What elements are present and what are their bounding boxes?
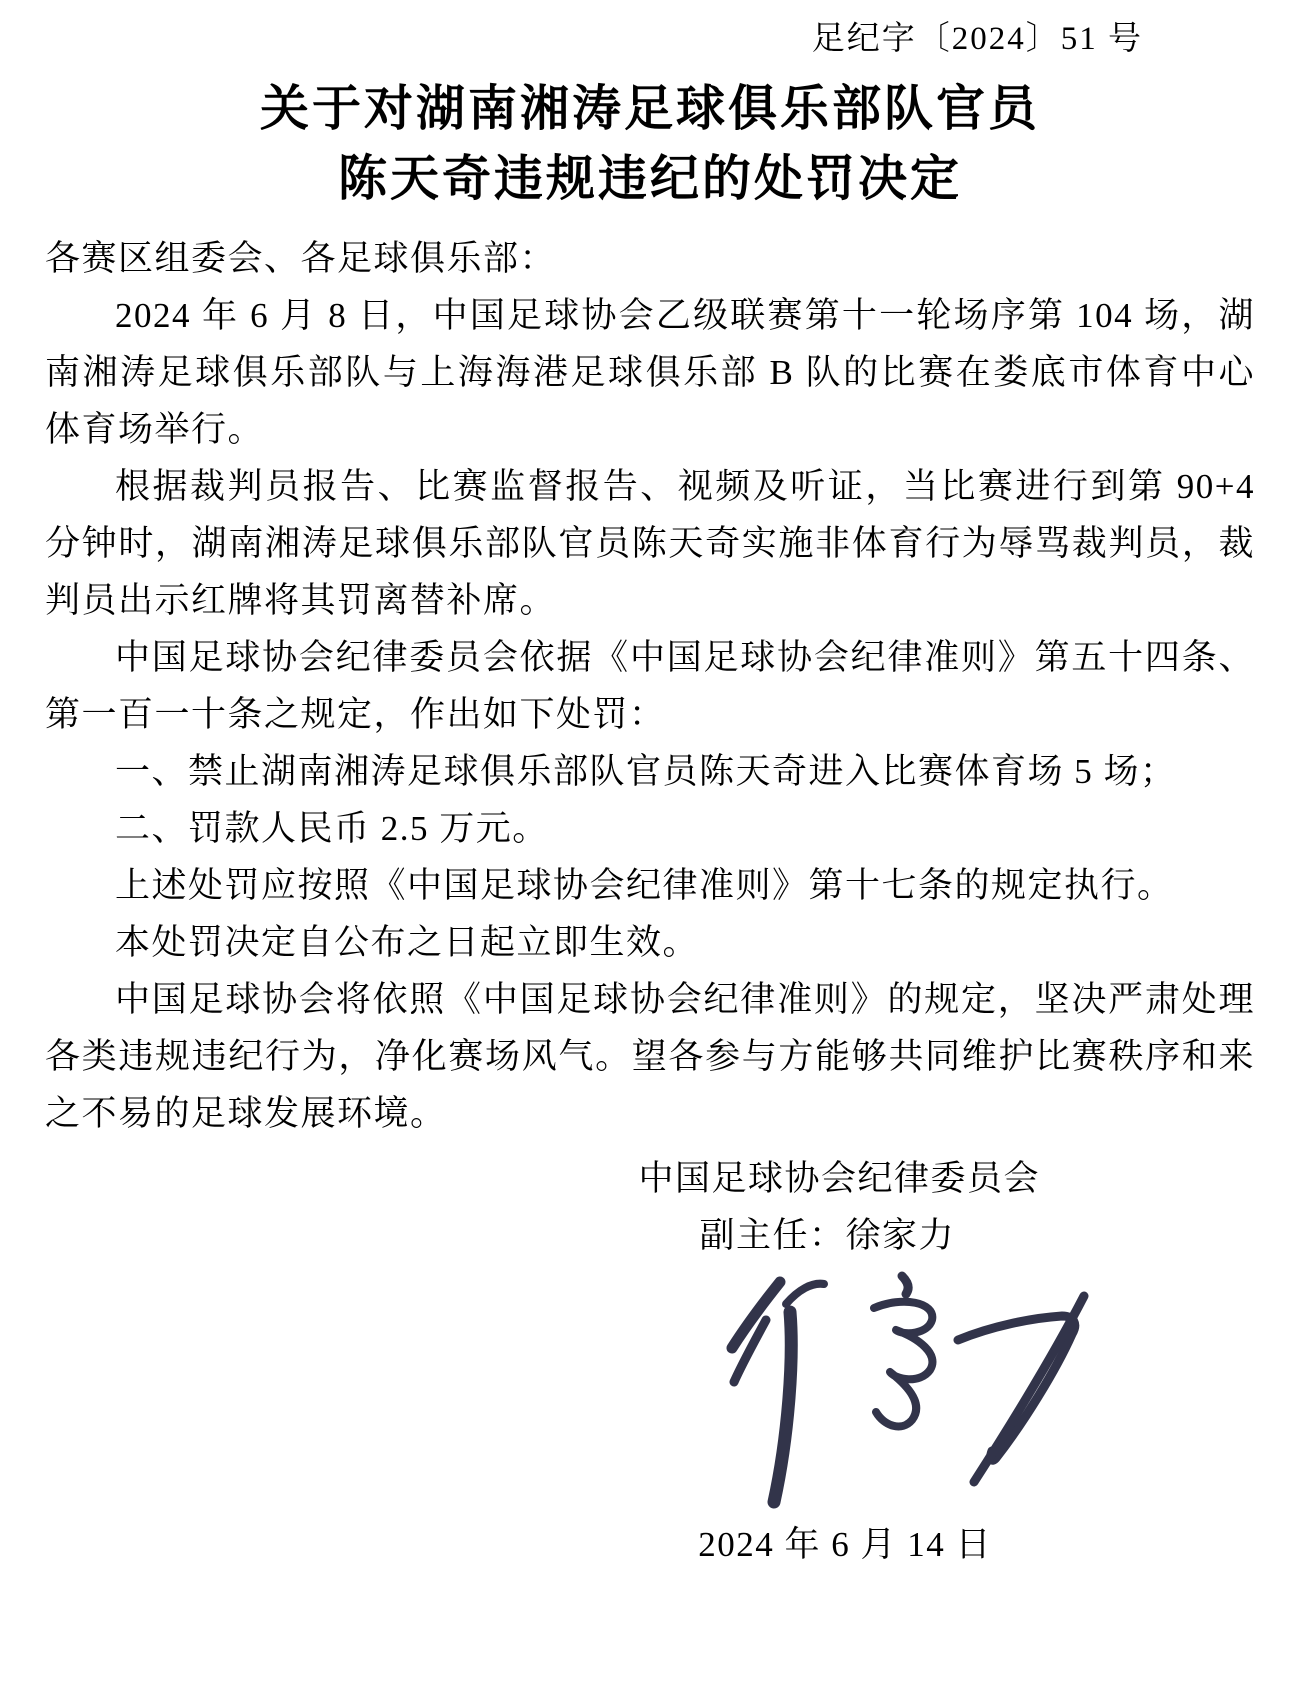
paragraph-6: 上述处罚应按照《中国足球协会纪律准则》第十七条的规定执行。 bbox=[45, 857, 1255, 914]
paragraph-2: 根据裁判员报告、比赛监督报告、视频及听证，当比赛进行到第 90+4 分钟时，湖南… bbox=[45, 458, 1255, 629]
closing-signer-title: 副主任：徐家力 bbox=[45, 1207, 1255, 1264]
doc-number: 足纪字〔2024〕51 号 bbox=[45, 16, 1255, 62]
paragraph-8: 中国足球协会将依照《中国足球协会纪律准则》的规定，坚决严肃处理各类违规违纪行为，… bbox=[45, 971, 1255, 1142]
paragraph-3: 中国足球协会纪律委员会依据《中国足球协会纪律准则》第五十四条、第一百一十条之规定… bbox=[45, 629, 1255, 743]
document-title: 关于对湖南湘涛足球俱乐部队官员 陈天奇违规违纪的处罚决定 bbox=[45, 74, 1255, 214]
paragraph-1: 2024 年 6 月 8 日，中国足球协会乙级联赛第十一轮场序第 104 场，湖… bbox=[45, 287, 1255, 458]
paragraph-4-sanction-1: 一、禁止湖南湘涛足球俱乐部队官员陈天奇进入比赛体育场 5 场； bbox=[45, 743, 1255, 800]
signature-handwriting bbox=[690, 1268, 1120, 1520]
salutation: 各赛区组委会、各足球俱乐部： bbox=[45, 230, 1255, 287]
paragraph-5-sanction-2: 二、罚款人民币 2.5 万元。 bbox=[45, 800, 1255, 857]
document-body: 各赛区组委会、各足球俱乐部： 2024 年 6 月 8 日，中国足球协会乙级联赛… bbox=[45, 230, 1255, 1142]
document-page: 足纪字〔2024〕51 号 关于对湖南湘涛足球俱乐部队官员 陈天奇违规违纪的处罚… bbox=[0, 0, 1300, 1703]
title-line-1: 关于对湖南湘涛足球俱乐部队官员 bbox=[45, 74, 1255, 144]
signature-ink-icon bbox=[690, 1268, 1120, 1520]
title-line-2: 陈天奇违规违纪的处罚决定 bbox=[45, 144, 1255, 214]
document-date: 2024 年 6 月 14 日 bbox=[45, 1520, 1255, 1570]
closing-organization: 中国足球协会纪律委员会 bbox=[45, 1150, 1255, 1207]
paragraph-7: 本处罚决定自公布之日起立即生效。 bbox=[45, 914, 1255, 971]
